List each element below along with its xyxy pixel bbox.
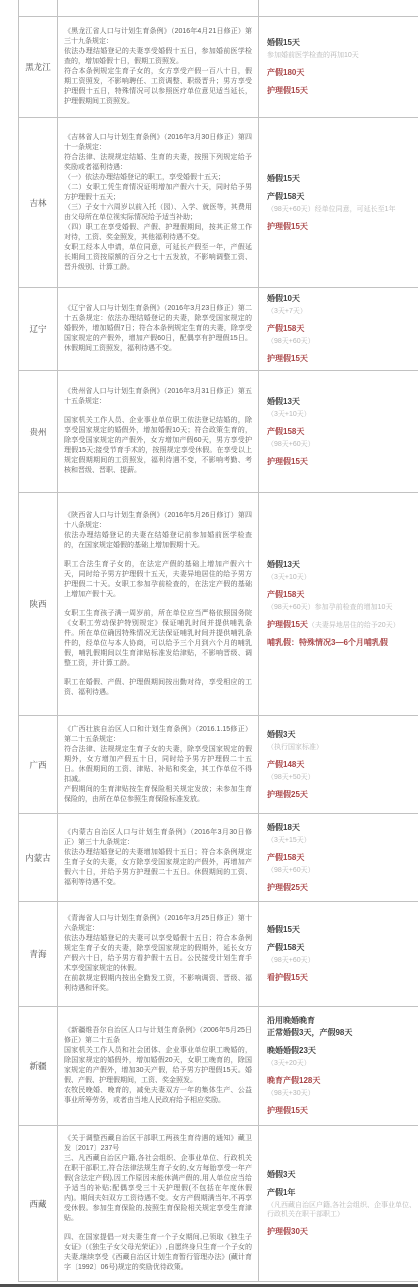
leave-duration: 哺乳假：特殊情况3—6个月哺乳假 [267,638,388,647]
leave-duration: 晚婚婚假23天 [267,1046,316,1055]
leave-duration: 护理假15天 [267,222,308,231]
leave-duration: 产假158天 [267,427,304,436]
policy-paragraph: （一）依法办理结婚登记的职工，享受婚假十五天； [64,173,252,183]
policy-text: 《内蒙古自治区人口与计划生育条例》（2016年3月30日修正）第三十九条规定：依… [64,828,252,888]
leave-summary-item: 护理假15天（夫妻异地居住的给予20天） [267,620,417,630]
province-label: 广西 [29,760,46,770]
province-label: 黑龙江 [25,62,51,72]
policy-paragraph: 依法办理结婚登记的夫妻可以享受婚假十五日；符合本条例规定生育子女的夫妻，除享受国… [64,934,252,974]
leave-duration: 护理假15天 [267,457,308,466]
policy-paragraph: 女职工生育孩子满一周岁前，所在单位应当严格依照国务院《女职工劳动保护特别规定》保… [64,609,252,669]
policy-paragraph: 依法办理结婚登记的夫妻享受婚假十五日，参加婚前医学检查的，增加婚假十日，假期工资… [64,47,252,67]
leave-summary-item: 产假158天（98天+60天）经单位同意，可延长至1年 [267,192,417,214]
summary-cell: 婚假13天（3天+10天）产假158天（98天+60天）护理假15天 [259,371,418,493]
leave-note: （夫妻异地居住的给予20天） [308,622,400,629]
leave-duration: 产假1年 [267,1188,295,1197]
leave-duration: 婚假15天 [267,925,300,934]
leave-summary-item: 婚假18天（3天+15天） [267,823,417,845]
leave-summary-item: 沿用晚婚晚育 [267,1016,417,1026]
policy-cell: 《贵州省人口与计划生育条例》（2016年3月31日修正）第五十五条规定：国家机关… [58,371,259,493]
leave-duration: 正常婚假3天，产假98天 [267,1028,352,1037]
policy-paragraph: 《青海省人口与计划生育条例》（2016年3月25日修正）第十六条规定： [64,914,252,934]
policy-paragraph: （二）女职工凭生育情况证明增加产假六十天，同时给予男方护理假十五天； [64,183,252,203]
leave-summary-item: 婚假13天（3天+10天） [267,560,417,582]
leave-duration: 护理假15天 [267,620,308,629]
policy-cell: 《关于调整西藏自治区干部职工两孩生育待遇的通知》藏卫发〔2017〕237号三、凡… [58,1126,259,1282]
leave-summary-item: 婚假15天 [267,174,417,184]
province-cell: 吉林 [19,118,58,288]
province-cell: 西藏 [19,1126,58,1282]
policy-text: 《贵州省人口与计划生育条例》（2016年3月31日修正）第五十五条规定：国家机关… [64,387,252,476]
leave-note: （3天+20天） [267,1059,417,1068]
leave-duration: 婚假10天 [267,294,300,303]
policy-paragraph: 三、凡西藏自治区户籍,各社会组织、企事业单位、行政机关在职干部职工,符合法律法规… [64,1154,252,1224]
province-label: 辽宁 [29,324,46,334]
table-row: 黑龙江《黑龙江省人口与计划生育条例》（2016年4月21日修正）第三十九条规定：… [19,17,418,118]
leave-summary-item: 晚育产假128天（98天+30天） [267,1076,417,1098]
leave-summary-item: 产假158天（98天+60天） [267,324,417,346]
leave-duration: 婚假3天 [267,730,295,739]
policy-paragraph: 《新疆维吾尔自治区人口与计划生育条例》（2006年5月25日修正）第二十五条 [64,1026,252,1046]
policy-cell: 《青海省人口与计划生育条例》（2016年3月25日修正）第十六条规定：依法办理结… [58,902,259,1007]
policy-cell: 《黑龙江省人口与计划生育条例》（2016年4月21日修正）第三十九条规定：依法办… [58,17,259,118]
summary-cell: 婚假10天（3天+7天）产假158天（98天+60天）护理假15天 [259,288,418,371]
leave-duration: 护理假25天 [267,883,308,892]
leave-duration: 产假158天 [267,192,304,201]
province-cell: 内蒙古 [19,814,58,902]
policy-text: 《黑龙江省人口与计划生育条例》（2016年4月21日修正）第三十九条规定：依法办… [64,27,252,107]
leave-duration: 护理假15天 [267,354,308,363]
province-cell: 青海 [19,902,58,1007]
leave-summary-item: 护理假15天 [267,86,417,96]
table-row: 青海《青海省人口与计划生育条例》（2016年3月25日修正）第十六条规定：依法办… [19,902,418,1007]
leave-duration: 护理假25天 [267,790,308,799]
leave-note: （凡西藏自治区户籍,各社会组织、企事业单位、行政机关在职干部职工） [267,1201,417,1219]
policy-cell: 《辽宁省人口与计划生育条例》（2016年3月23日修正）第二十五条规定：依法办理… [58,288,259,371]
policy-paragraph: 四、在国家提倡一对夫妻生育一个子女期间,已领取《独生子女证》（《独生子女父母光荣… [64,1233,252,1273]
policy-paragraph: 符合法律、法规规定结婚、生育的夫妻，按照下列规定给予奖励或者福利待遇： [64,153,252,173]
leave-duration: 产假158天 [267,853,304,862]
policy-paragraph: 依法办理结婚登记的夫妻增加婚假十五日；符合本条例规定生育子女的夫妻，女方除享受国… [64,848,252,888]
leave-note: （98天+60天） [267,956,417,965]
policy-paragraph: 《陕西省人口与计划生育条例》（2016年5月26日修订）第四十八条规定： [64,511,252,531]
table-row: 内蒙古《内蒙古自治区人口与计划生育条例》（2016年3月30日修正）第三十九条规… [19,814,418,902]
table-row: 西藏《关于调整西藏自治区干部职工两孩生育待遇的通知》藏卫发〔2017〕237号三… [19,1126,418,1282]
province-cell: 陕西 [19,493,58,716]
policy-cell: 《吉林省人口与计划生育条例》（2016年3月30日修正）第四十一条规定：符合法律… [58,118,259,288]
province-label: 青海 [29,949,46,959]
summary-cell: 婚假3天产假1年（凡西藏自治区户籍,各社会组织、企事业单位、行政机关在职干部职工… [259,1126,418,1282]
leave-summary-item: 护理假25天 [267,790,417,800]
leave-duration: 产假180天 [267,68,304,77]
table-row: 广西《广西壮族自治区人口和计划生育条例》（2016.1.15修正）第二十五条规定… [19,716,418,814]
leave-note: （98天+60天） [267,337,417,346]
leave-summary-item: 婚假15天参加婚前医学检查的再加10天 [267,38,417,60]
table-row: 新疆《新疆维吾尔自治区人口与计划生育条例》（2006年5月25日修正）第二十五条… [19,1007,418,1126]
leave-duration: 护理假15天 [267,86,308,95]
province-label: 吉林 [29,198,46,208]
summary-cell: 婚假15天产假158天（98天+60天）经单位同意，可延长至1年护理假15天 [259,118,418,288]
policy-cell: 《新疆维吾尔自治区人口与计划生育条例》（2006年5月25日修正）第二十五条国家… [58,1007,259,1126]
leave-note: 参加婚前医学检查的再加10天 [267,51,417,60]
leave-note: （98天+60天）经单位同意，可延长至1年 [267,205,417,214]
leave-duration: 沿用晚婚晚育 [267,1016,315,1025]
leave-summary-item: 婚假15天 [267,925,417,935]
policy-cell: 《广西壮族自治区人口和计划生育条例》（2016.1.15修正）第二十五条规定：符… [58,716,259,814]
leave-note: （3天+10天） [267,410,417,419]
policy-text: 《陕西省人口与计划生育条例》（2016年5月26日修订）第四十八条规定：依法办理… [64,511,252,698]
province-cell [19,0,58,17]
policy-paragraph: 《内蒙古自治区人口与计划生育条例》（2016年3月30日修正）第三十九条规定： [64,828,252,848]
leave-note: （3天+15天） [267,836,417,845]
leave-duration: 看护假15天 [267,973,308,982]
province-label: 新疆 [29,1061,46,1071]
policy-text: 《吉林省人口与计划生育条例》（2016年3月30日修正）第四十一条规定：符合法律… [64,133,252,273]
policy-paragraph: 产假期间的生育津贴按生育保险相关规定发放；未参加生育保险的，由所在单位参照生育保… [64,785,252,805]
policy-text: 《关于调整西藏自治区干部职工两孩生育待遇的通知》藏卫发〔2017〕237号三、凡… [64,1134,252,1273]
leave-summary-item: 哺乳假：特殊情况3—6个月哺乳假 [267,638,417,648]
leave-summary-item: 护理假15天 [267,457,417,467]
leave-note: （98天+60天） [267,440,417,449]
province-cell: 新疆 [19,1007,58,1126]
leave-duration: 晚育产假128天 [267,1076,320,1085]
leave-policy-table: 黑龙江《黑龙江省人口与计划生育条例》（2016年4月21日修正）第三十九条规定：… [18,0,418,1282]
policy-cell: 《陕西省人口与计划生育条例》（2016年5月26日修订）第四十八条规定：依法办理… [58,493,259,716]
leave-duration: 婚假13天 [267,560,300,569]
leave-summary-item: 看护假15天 [267,973,417,983]
policy-paragraph: 《关于调整西藏自治区干部职工两孩生育待遇的通知》藏卫发〔2017〕237号 [64,1134,252,1154]
leave-summary-item: 婚假10天（3天+7天） [267,294,417,316]
policy-paragraph: 《黑龙江省人口与计划生育条例》（2016年4月21日修正）第三十九条规定： [64,27,252,47]
summary-cell: 婚假13天（3天+10天）产假158天（98天+60天）参加孕前检查的增加10天… [259,493,418,716]
table-row: 陕西《陕西省人口与计划生育条例》（2016年5月26日修订）第四十八条规定：依法… [19,493,418,716]
policy-paragraph: 《广西壮族自治区人口和计划生育条例》（2016.1.15修正）第二十五条规定： [64,725,252,745]
summary-cell: 婚假15天产假158天（98天+60天）看护假15天 [259,902,418,1007]
province-label: 陕西 [29,599,46,609]
leave-duration: 产假158天 [267,590,304,599]
leave-summary-item: 正常婚假3天，产假98天 [267,1028,417,1038]
policy-paragraph: 职工合法生育子女的，在法定产假的基础上增加产假六十天，同时给予男方护理假十五天，… [64,560,252,600]
policy-text: 《新疆维吾尔自治区人口与计划生育条例》（2006年5月25日修正）第二十五条国家… [64,1026,252,1106]
leave-summary-item: 产假1年（凡西藏自治区户籍,各社会组织、企事业单位、行政机关在职干部职工） [267,1188,417,1219]
leave-note: （3天+10天） [267,573,417,582]
province-cell: 广西 [19,716,58,814]
province-cell: 贵州 [19,371,58,493]
policy-paragraph: 国家机关工作人员和社会团体、企业事业单位职工晚婚的，除国家规定的婚假外，增加婚假… [64,1046,252,1086]
leave-summary-item: 护理假30天 [267,1227,417,1237]
leave-summary-item: 产假158天（98天+60天） [267,853,417,875]
province-label: 内蒙古 [25,853,51,863]
leave-summary-item: 产假148天（98天+50天） [267,760,417,782]
table-row: 辽宁《辽宁省人口与计划生育条例》（2016年3月23日修正）第二十五条规定：依法… [19,288,418,371]
leave-summary-item: 护理假15天 [267,222,417,232]
leave-duration: 护理假15天 [267,1106,308,1115]
policy-text: 《辽宁省人口与计划生育条例》（2016年3月23日修正）第二十五条规定：依法办理… [64,304,252,354]
leave-summary-item: 护理假15天 [267,354,417,364]
policy-paragraph: 在前款规定假期内按出全勤发工资，不影响调资、晋级、福利待遇和评奖。 [64,974,252,994]
table-row: 吉林《吉林省人口与计划生育条例》（2016年3月30日修正）第四十一条规定：符合… [19,118,418,288]
leave-duration: 婚假15天 [267,174,300,183]
leave-note: （98天+60天） [267,866,417,875]
policy-text: 《青海省人口与计划生育条例》（2016年3月25日修正）第十六条规定：依法办理结… [64,914,252,994]
summary-cell: 沿用晚婚晚育正常婚假3天，产假98天晚婚婚假23天（3天+20天）晚育产假128… [259,1007,418,1126]
leave-duration: 婚假15天 [267,38,300,47]
leave-summary-item: 产假158天（98天+60天）参加孕前检查的增加10天 [267,590,417,612]
policy-paragraph: 《贵州省人口与计划生育条例》（2016年3月31日修正）第五十五条规定： [64,387,252,407]
summary-cell [259,0,418,17]
leave-note: （98天+60天）参加孕前检查的增加10天 [267,603,417,612]
policy-cell [58,0,259,17]
policy-paragraph: 农牧民晚婚、晚育的，减免夫妻双方一年的集体生产、公益事业所筹劳务，或者由当地人民… [64,1086,252,1106]
summary-cell: 婚假3天（执行国家标准）产假148天（98天+50天）护理假25天 [259,716,418,814]
policy-paragraph: （三）子女十六周岁以前入托（园）、入学、就医等，其费用由父母所在单位视实际情况给… [64,203,252,223]
policy-paragraph: 女职工经本人申请，单位同意，可延长产假至一年，产假延长期间工资按原额的百分之七十… [64,243,252,273]
leave-duration: 产假158天 [267,943,304,952]
policy-paragraph: 《吉林省人口与计划生育条例》（2016年3月30日修正）第四十一条规定： [64,133,252,153]
policy-paragraph: 国家机关工作人员、企业事业单位职工依法登记结婚的，除享受国家规定的婚假外，增加婚… [64,416,252,476]
policy-paragraph: （四）职工在享受婚假、产假、护理假期间，按其正常工作对待，工资、奖金照发，其他福… [64,223,252,243]
leave-policy-page: 黑龙江《黑龙江省人口与计划生育条例》（2016年4月21日修正）第三十九条规定：… [0,0,418,1287]
province-cell: 辽宁 [19,288,58,371]
leave-note: （98天+30天） [267,1089,417,1098]
policy-text: 《广西壮族自治区人口和计划生育条例》（2016.1.15修正）第二十五条规定：符… [64,725,252,805]
leave-duration: 婚假13天 [267,397,300,406]
leave-summary-item: 婚假3天 [267,1170,417,1180]
table-row: 贵州《贵州省人口与计划生育条例》（2016年3月31日修正）第五十五条规定：国家… [19,371,418,493]
policy-paragraph: 职工在婚假、产假、护理假期间按出勤对待，享受相应的工资、福利待遇。 [64,678,252,698]
leave-note: （3天+7天） [267,307,417,316]
leave-summary-item: 婚假3天（执行国家标准） [267,730,417,752]
policy-paragraph: 符合法律、法规规定生育子女的夫妻，除享受国家规定的假期外，女方增加产假五十日，同… [64,745,252,785]
leave-summary-item: 产假158天（98天+60天） [267,943,417,965]
leave-note: （执行国家标准） [267,743,417,752]
leave-duration: 婚假3天 [267,1170,295,1179]
table-row-cutoff [19,0,418,17]
leave-duration: 产假148天 [267,760,304,769]
leave-summary-item: 护理假15天 [267,1106,417,1116]
leave-summary-item: 产假158天（98天+60天） [267,427,417,449]
province-label: 西藏 [29,1199,46,1209]
leave-summary-item: 产假180天 [267,68,417,78]
policy-cell: 《内蒙古自治区人口与计划生育条例》（2016年3月30日修正）第三十九条规定：依… [58,814,259,902]
leave-summary-item: 护理假25天 [267,883,417,893]
leave-summary-item: 婚假13天（3天+10天） [267,397,417,419]
province-label: 贵州 [29,427,46,437]
summary-cell: 婚假15天参加婚前医学检查的再加10天产假180天护理假15天 [259,17,418,118]
province-cell: 黑龙江 [19,17,58,118]
leave-summary-item: 晚婚婚假23天（3天+20天） [267,1046,417,1068]
summary-cell: 婚假18天（3天+15天）产假158天（98天+60天）护理假25天 [259,814,418,902]
policy-paragraph: 《辽宁省人口与计划生育条例》（2016年3月23日修正）第二十五条规定：依法办理… [64,304,252,354]
leave-duration: 产假158天 [267,324,304,333]
leave-duration: 护理假30天 [267,1227,308,1236]
leave-duration: 婚假18天 [267,823,300,832]
leave-note: （98天+50天） [267,773,417,782]
policy-paragraph: 符合本条例规定生育子女的，女方享受产假一百八十日，假期工资照发，不影响聘任、工资… [64,67,252,107]
policy-paragraph: 依法办理结婚登记的夫妻在结婚登记前参加婚前医学检查的，在国家规定婚假的基础上增加… [64,531,252,551]
